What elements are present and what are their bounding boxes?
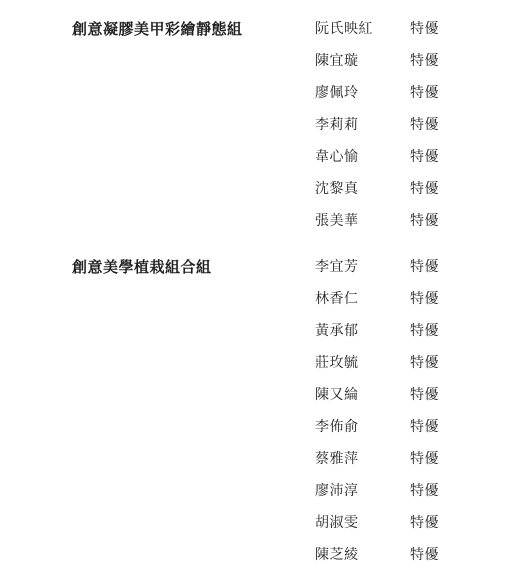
result-row: 蔡雅萍特優 xyxy=(72,444,513,476)
award-sections-container: 創意凝膠美甲彩繪靜態組阮氏映紅特優陳宜璇特優廖佩玲特優李莉莉特優韋心愉特優沈黎真… xyxy=(72,14,513,572)
result-row: 沈黎真特優 xyxy=(72,174,513,206)
result-row: 李莉莉特優 xyxy=(72,110,513,142)
award-rating: 特優 xyxy=(410,151,513,165)
award-rating: 特優 xyxy=(410,87,513,101)
award-rating: 特優 xyxy=(410,261,513,275)
result-row: 胡淑雯特優 xyxy=(72,508,513,540)
award-rating: 特優 xyxy=(410,357,513,371)
award-rating: 特優 xyxy=(410,55,513,69)
participant-name: 張美華 xyxy=(315,215,410,229)
result-row: 陳又綸特優 xyxy=(72,380,513,412)
result-row: 廖佩玲特優 xyxy=(72,78,513,110)
participant-name: 阮氏映紅 xyxy=(315,23,410,37)
participant-name: 李佈俞 xyxy=(315,421,410,435)
award-rating: 特優 xyxy=(410,421,513,435)
award-rating: 特優 xyxy=(410,389,513,403)
result-row: 創意美學植栽組合組李宜芳特優 xyxy=(72,252,513,284)
award-section: 創意美學植栽組合組李宜芳特優林香仁特優黃承郁特優莊玫毓特優陳又綸特優李佈俞特優蔡… xyxy=(72,252,513,572)
result-row: 李佈俞特優 xyxy=(72,412,513,444)
category-title: 創意凝膠美甲彩繪靜態組 xyxy=(72,23,315,38)
award-rating: 特優 xyxy=(410,119,513,133)
award-rating: 特優 xyxy=(410,23,513,37)
participant-name: 廖佩玲 xyxy=(315,87,410,101)
award-rating: 特優 xyxy=(410,485,513,499)
result-row: 林香仁特優 xyxy=(72,284,513,316)
participant-name: 黃承郁 xyxy=(315,325,410,339)
participant-name: 林香仁 xyxy=(315,293,410,307)
participant-name: 莊玫毓 xyxy=(315,357,410,371)
participant-name: 蔡雅萍 xyxy=(315,453,410,467)
award-section: 創意凝膠美甲彩繪靜態組阮氏映紅特優陳宜璇特優廖佩玲特優李莉莉特優韋心愉特優沈黎真… xyxy=(72,14,513,238)
participant-name: 陳宜璇 xyxy=(315,55,410,69)
category-title: 創意美學植栽組合組 xyxy=(72,261,315,276)
award-results-document: 創意凝膠美甲彩繪靜態組阮氏映紅特優陳宜璇特優廖佩玲特優李莉莉特優韋心愉特優沈黎真… xyxy=(0,0,513,572)
participant-name: 李莉莉 xyxy=(315,119,410,133)
result-row: 陳宜璇特優 xyxy=(72,46,513,78)
result-row: 創意凝膠美甲彩繪靜態組阮氏映紅特優 xyxy=(72,14,513,46)
result-row: 張美華特優 xyxy=(72,206,513,238)
result-row: 莊玫毓特優 xyxy=(72,348,513,380)
participant-name: 陳又綸 xyxy=(315,389,410,403)
award-rating: 特優 xyxy=(410,293,513,307)
award-rating: 特優 xyxy=(410,517,513,531)
result-row: 陳芝綾特優 xyxy=(72,540,513,572)
participant-name: 廖沛淳 xyxy=(315,485,410,499)
result-row: 韋心愉特優 xyxy=(72,142,513,174)
participant-name: 胡淑雯 xyxy=(315,517,410,531)
award-rating: 特優 xyxy=(410,453,513,467)
participant-name: 韋心愉 xyxy=(315,151,410,165)
award-rating: 特優 xyxy=(410,215,513,229)
result-row: 廖沛淳特優 xyxy=(72,476,513,508)
award-rating: 特優 xyxy=(410,183,513,197)
award-rating: 特優 xyxy=(410,549,513,563)
participant-name: 沈黎真 xyxy=(315,183,410,197)
result-row: 黃承郁特優 xyxy=(72,316,513,348)
participant-name: 李宜芳 xyxy=(315,261,410,275)
award-rating: 特優 xyxy=(410,325,513,339)
participant-name: 陳芝綾 xyxy=(315,549,410,563)
